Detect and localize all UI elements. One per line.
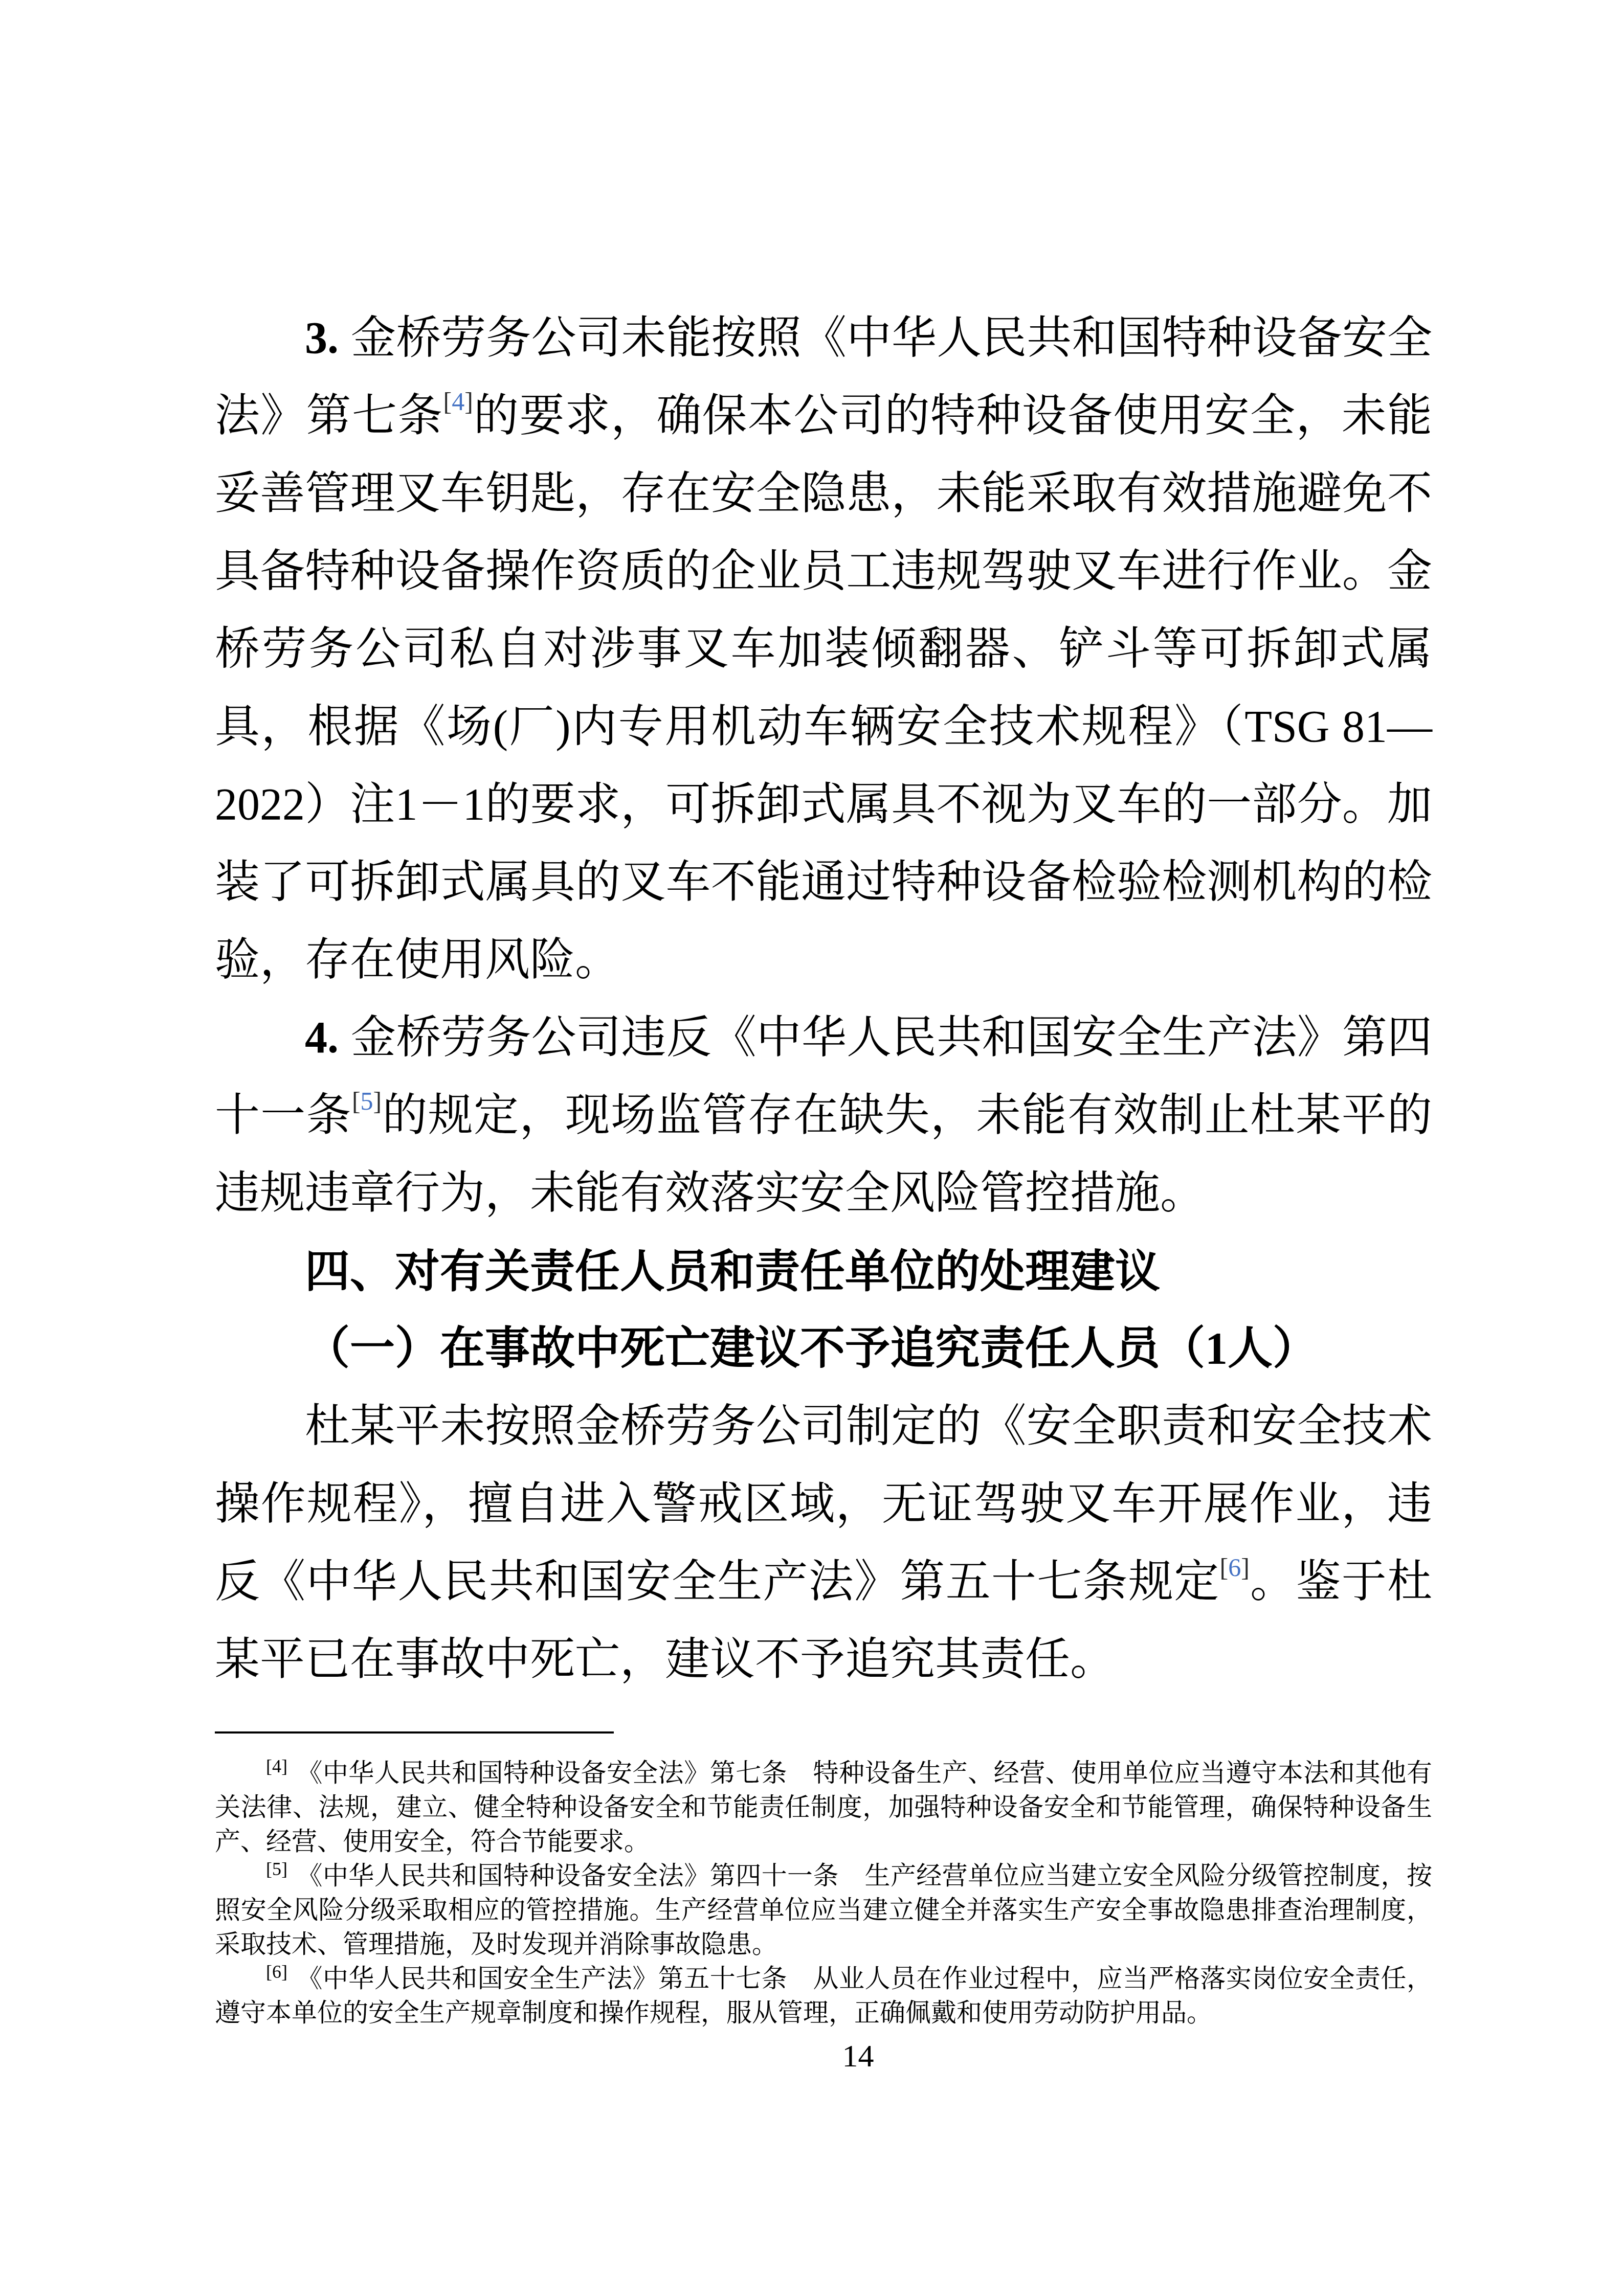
paragraph-3-text-after-ref: 的要求，确保本公司的特种设备使用安全，未能妥善管理叉车钥匙，存在安全隐患，未能采…: [215, 391, 1432, 985]
paragraph-4-text-after-ref: 的规定，现场监管存在缺失，未能有效制止杜某平的违规违章行为，未能有效落实安全风险…: [215, 1091, 1432, 1218]
footnote-4-text: 《中华人民共和国特种设备安全法》第七条 特种设备生产、经营、使用单位应当遵守本法…: [215, 1759, 1432, 1856]
section-heading: 四、对有关责任人员和责任单位的处理建议: [215, 1232, 1432, 1310]
paragraph-3-number: 3.: [305, 313, 339, 363]
page-number: 14: [92, 2040, 1624, 2072]
ref-bracket-open: [: [1219, 1553, 1228, 1582]
footnote-ref-6[interactable]: [6]: [1219, 1553, 1249, 1582]
document-page: { "page": { "number": "14", "background_…: [0, 0, 1624, 2296]
ref-bracket-open: [: [443, 387, 452, 416]
body-text-column: 3.金桥劳务公司未能按照《中华人民共和国特种设备安全法》第七条[4]的要求，确保…: [215, 300, 1432, 1699]
footnote-6-text: 《中华人民共和国安全生产法》第五十七条 从业人员在作业过程中，应当严格落实岗位安…: [215, 1964, 1432, 2027]
footnote-4: [4]《中华人民共和国特种设备安全法》第七条 特种设备生产、经营、使用单位应当遵…: [215, 1756, 1432, 1859]
footnote-6: [6]《中华人民共和国安全生产法》第五十七条 从业人员在作业过程中，应当严格落实…: [215, 1962, 1432, 2030]
ref-bracket-open: [: [352, 1087, 361, 1115]
footnote-separator: [215, 1731, 614, 1734]
ref-bracket-close: ]: [1241, 1553, 1250, 1582]
ref-number: 5: [361, 1087, 373, 1115]
ref-bracket-close: ]: [373, 1087, 382, 1115]
paragraph-4: 4.金桥劳务公司违反《中华人民共和国安全生产法》第四十一条[5]的规定，现场监管…: [215, 999, 1432, 1232]
subsection-heading: （一）在事故中死亡建议不予追究责任人员（1人）: [215, 1310, 1432, 1388]
footnote-6-marker: [6]: [266, 1962, 287, 1982]
paragraph-3: 3.金桥劳务公司未能按照《中华人民共和国特种设备安全法》第七条[4]的要求，确保…: [215, 300, 1432, 999]
footnote-ref-4[interactable]: [4]: [443, 387, 473, 416]
paragraph-4-number: 4.: [305, 1013, 339, 1063]
ref-number: 4: [452, 387, 464, 416]
ref-number: 6: [1228, 1553, 1241, 1582]
paragraph-5: 杜某平未按照金桥劳务公司制定的《安全职责和安全技术操作规程》，擅自进入警戒区域，…: [215, 1388, 1432, 1699]
footnote-area: [4]《中华人民共和国特种设备安全法》第七条 特种设备生产、经营、使用单位应当遵…: [215, 1731, 1432, 2030]
ref-bracket-close: ]: [464, 387, 473, 416]
footnote-5-text: 《中华人民共和国特种设备安全法》第四十一条 生产经营单位应当建立安全风险分级管控…: [215, 1861, 1432, 1959]
footnote-ref-5[interactable]: [5]: [352, 1087, 382, 1115]
footnote-5: [5]《中华人民共和国特种设备安全法》第四十一条 生产经营单位应当建立安全风险分…: [215, 1859, 1432, 1962]
footnote-4-marker: [4]: [266, 1756, 287, 1776]
footnote-5-marker: [5]: [266, 1859, 287, 1879]
